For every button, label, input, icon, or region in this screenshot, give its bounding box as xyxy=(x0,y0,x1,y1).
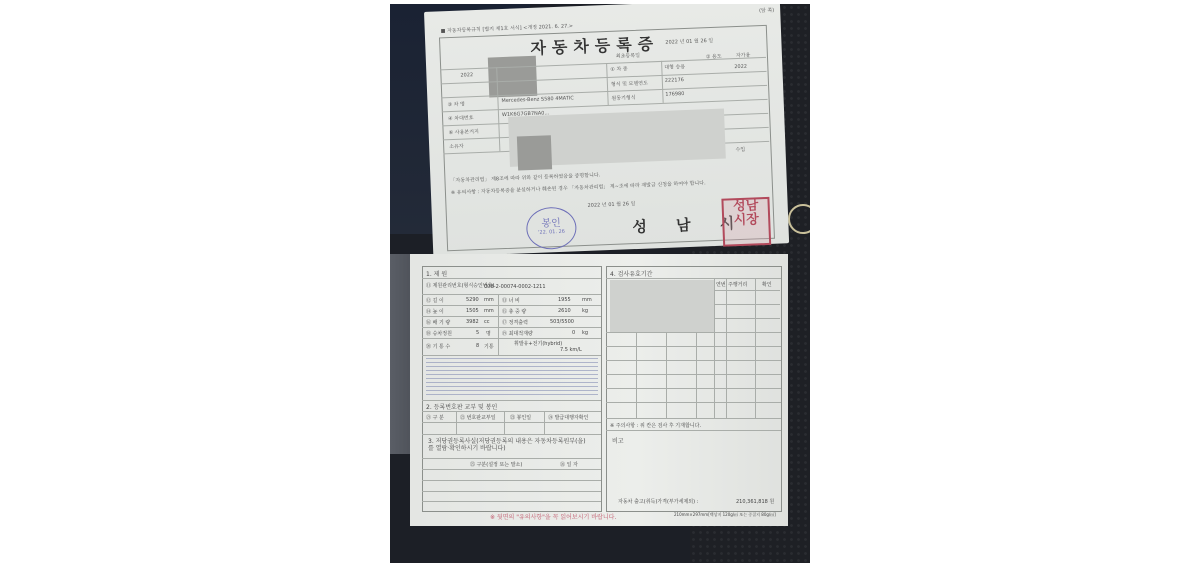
certificate-bottom-half: 1. 제 원 ⑪ 제원관리번호(형식승인번호) 00B-2-00074-0002… xyxy=(410,254,788,526)
seating-unit: 명 xyxy=(486,330,491,337)
section4-col-mileage: 주행거리 xyxy=(728,281,747,288)
seal-blue-date: '22. 01. 26 xyxy=(527,228,575,236)
height-label: ⑭ 높 이 xyxy=(426,308,444,315)
section4-col-no: 연번 xyxy=(716,281,726,288)
width-value: 1955 xyxy=(558,297,571,303)
paper-spec: 210mm×297mm[백상지 120g/㎡ 또는 중질지 80g/㎡] xyxy=(674,512,776,518)
section3-col-type: ㉕ 구분(설정 또는 말소) xyxy=(470,461,522,468)
length-label: ⑫ 길 이 xyxy=(426,297,444,304)
owner-section-label: 소유자 xyxy=(449,143,464,151)
displacement-unit: cc xyxy=(484,319,490,325)
length-unit: mm xyxy=(484,297,494,303)
section4-notice: ※ 주의사항 : 위 칸은 검사 후 기재합니다. xyxy=(610,422,701,429)
width-label: ⑬ 너 비 xyxy=(502,297,520,304)
cylinders-label: ⑳ 기 통 수 xyxy=(426,343,450,350)
import-note: 수입 xyxy=(735,146,745,153)
section4-title: 4. 검사유효기간 xyxy=(610,269,652,278)
section2-col-agent: ㉔ 발급대행자확인 xyxy=(548,414,588,421)
section4-col-confirm: 확인 xyxy=(762,281,772,288)
height-unit: mm xyxy=(484,308,494,314)
displacement-label: ⑯ 배 기 량 xyxy=(426,319,450,326)
section3-col-date: ㉖ 일 자 xyxy=(560,461,578,468)
spec-mgmt-value: 00B-2-00074-0002-1211 xyxy=(484,284,546,290)
max-load-label: ⑲ 최대적재량 xyxy=(502,330,533,337)
price-value: 210,361,818 원 xyxy=(736,498,774,505)
vehicle-type-value: 대형 승용 xyxy=(664,63,685,71)
model-year: 2022 xyxy=(734,64,747,70)
length-value: 5290 xyxy=(466,297,479,303)
redacted-owner-id xyxy=(517,135,552,170)
page-label: (앞 쪽) xyxy=(759,7,774,15)
power-label: ⑰ 정격출력 xyxy=(502,319,528,326)
fuel-type-value: 휘발유+전기(hybrid) xyxy=(514,340,562,347)
max-load-value: 0 xyxy=(572,330,575,336)
cylinders-value: 8 xyxy=(476,343,479,349)
type-approval-value: 222176 xyxy=(665,77,684,84)
certificate-top-half: (앞 쪽) ■ 자동차등록규칙 [별지 제1호 서식] <개정 2021. 6.… xyxy=(424,4,789,257)
vehicle-type-label: ① 차 종 xyxy=(610,65,628,73)
document-title: 자동차등록증 xyxy=(530,31,660,59)
mercedes-logo-icon xyxy=(788,204,810,234)
redacted-inspection-dates xyxy=(610,280,714,332)
footer-warning: ※ 뒷면의 "유의사항"을 꼭 읽어보시기 바랍니다. xyxy=(490,512,616,521)
document-photo: (앞 쪽) ■ 자동차등록규칙 [별지 제1호 서식] <개정 2021. 6.… xyxy=(390,4,810,563)
cylinders-unit: 기통 xyxy=(484,343,494,350)
section1-title: 1. 제 원 xyxy=(426,269,447,278)
use-label: ② 용도 xyxy=(706,53,722,61)
owner-label: ⑥ 사용본거지 xyxy=(449,128,479,136)
width-unit: mm xyxy=(582,297,592,303)
height-value: 1505 xyxy=(466,308,479,314)
seating-label: ⑱ 승차정원 xyxy=(426,330,452,337)
displacement-value: 3982 xyxy=(466,319,479,325)
price-label: 자동차 출고(취득)가격(부가세제외) : xyxy=(618,498,698,505)
section2-col-type: ㉑ 구 분 xyxy=(426,414,444,421)
gross-weight-label: ⑮ 총 중 량 xyxy=(502,308,526,315)
seating-value: 5 xyxy=(476,330,479,336)
max-load-unit: kg xyxy=(582,330,588,336)
type-approval-label: 형식 및 모델연도 xyxy=(611,79,648,87)
first-registration-label: 최초등록일 xyxy=(616,52,640,60)
plate-year: 2022 xyxy=(460,72,473,78)
section2-title: 2. 등록번호판 교부 및 봉인 xyxy=(426,402,497,411)
section2-col-plate-date: ㉒ 번호판교부일 xyxy=(460,414,496,421)
use-value: 자가용 xyxy=(736,52,751,60)
remarks-label: 비고 xyxy=(612,436,624,445)
seal-stamp-red: 성남 시장 xyxy=(721,197,771,247)
engine-value: 176980 xyxy=(665,91,684,98)
fuel-economy-footnote xyxy=(426,358,598,398)
redacted-plate-number xyxy=(488,56,538,98)
seal-red-line2: 시장 xyxy=(724,213,769,229)
engine-label: 원동기형식 xyxy=(611,94,635,102)
gross-weight-unit: kg xyxy=(582,308,588,314)
model-label: ③ 차 명 xyxy=(447,101,465,109)
gross-weight-value: 2610 xyxy=(558,308,571,314)
section3-title: 3. 저당권등록사실(저당권등록의 내용은 자동차등록원부(을)를 열람·확인하… xyxy=(428,438,588,452)
fuel-economy-value: 7.5 km/L xyxy=(560,347,582,353)
vin-label: ④ 차대번호 xyxy=(448,114,474,122)
section2-col-seal-date: ㉓ 봉인일 xyxy=(510,414,531,421)
power-value: 503/5500 xyxy=(550,319,574,325)
